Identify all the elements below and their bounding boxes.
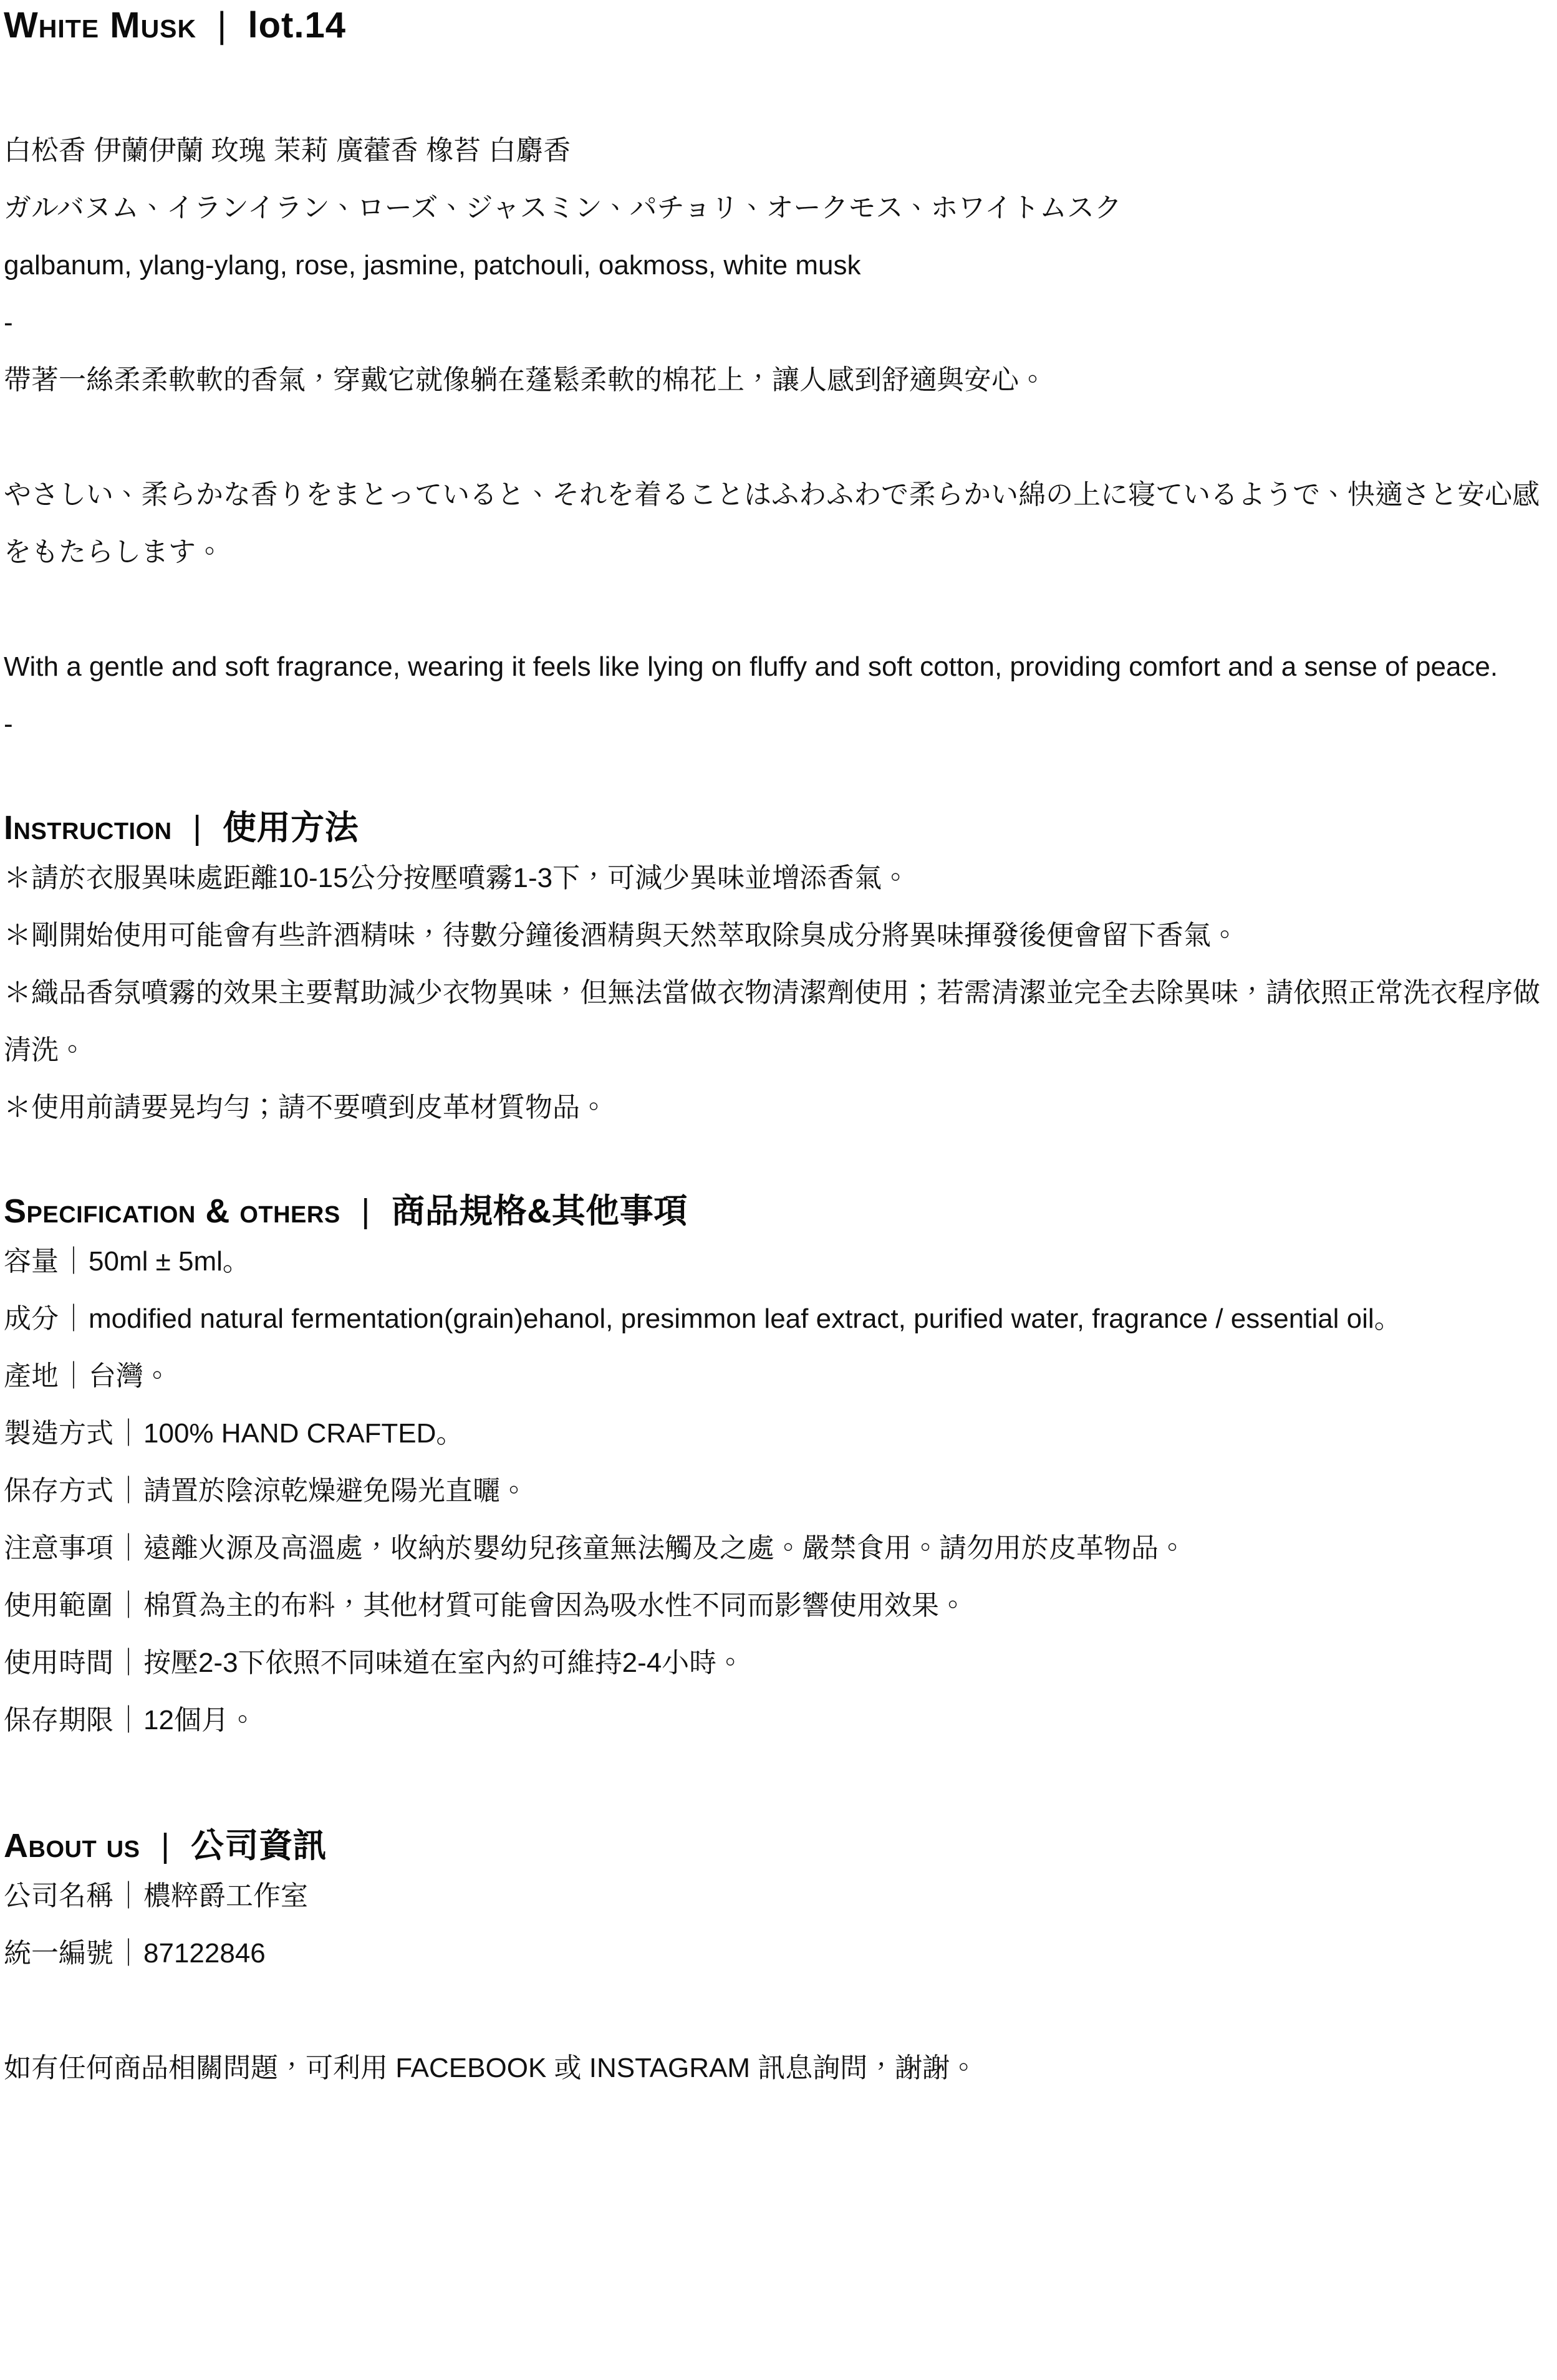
spec-row-capacity: 容量｜50ml ± 5ml。 bbox=[4, 1233, 1553, 1290]
instruction-item: ＊剛開始使用可能會有些許酒精味，待數分鐘後酒精與天然萃取除臭成分將異味揮發後便會… bbox=[4, 907, 1553, 964]
instruction-item: ＊使用前請要晃均勻；請不要噴到皮革材質物品。 bbox=[4, 1079, 1553, 1136]
fragrance-notes: 白松香 伊蘭伊蘭 玫瑰 茉莉 廣藿香 橡苔 白麝香 ガルバヌム、イランイラン、ロ… bbox=[4, 122, 1553, 294]
contact-note: 如有任何商品相關問題，可利用 FACEBOOK 或 INSTAGRAM 訊息詢問… bbox=[4, 2040, 1553, 2097]
page-title: White Musk | lot.14 bbox=[4, 4, 1553, 47]
about-list: 公司名稱｜檂粹爵工作室 統一編號｜87122846 bbox=[4, 1868, 1553, 1982]
spec-row-storage: 保存方式｜請置於陰涼乾燥避免陽光直曬。 bbox=[4, 1462, 1553, 1520]
spec-row-shelf-life: 保存期限｜12個月。 bbox=[4, 1692, 1553, 1749]
fragrance-notes-ja: ガルバヌム、イランイラン、ローズ、ジャスミン、パチョリ、オークモス、ホワイトムス… bbox=[4, 180, 1553, 237]
fragrance-notes-zh: 白松香 伊蘭伊蘭 玫瑰 茉莉 廣藿香 橡苔 白麝香 bbox=[4, 122, 1553, 180]
specification-list: 容量｜50ml ± 5ml。 成分｜modified natural ferme… bbox=[4, 1233, 1553, 1749]
spec-row-origin: 產地｜台灣。 bbox=[4, 1348, 1553, 1405]
about-row-tax-id: 統一編號｜87122846 bbox=[4, 1925, 1553, 1982]
instruction-heading-divider: | bbox=[193, 809, 202, 847]
description-ja: やさしい、柔らかな香りをまとっていると、それを着ることはふわふわで柔らかい綿の上… bbox=[4, 466, 1553, 581]
specification-heading-divider: | bbox=[361, 1192, 370, 1230]
description-zh: 帶著一絲柔柔軟軟的香氣，穿戴它就像躺在蓬鬆柔軟的棉花上，讓人感到舒適與安心。 bbox=[4, 352, 1553, 409]
description-en: With a gentle and soft fragrance, wearin… bbox=[4, 638, 1553, 696]
section-heading-specification: Specification & others | 商品規格&其他事項 bbox=[4, 1189, 1553, 1233]
specification-heading-en: Specification & others bbox=[4, 1192, 340, 1230]
spec-row-duration: 使用時間｜按壓2-3下依照不同味道在室內約可維持2-4小時。 bbox=[4, 1634, 1553, 1692]
spec-row-ingredients: 成分｜modified natural fermentation(grain)e… bbox=[4, 1290, 1553, 1348]
section-heading-instruction: Instruction | 使用方法 bbox=[4, 806, 1553, 850]
page-title-lot-number: lot.14 bbox=[248, 5, 346, 46]
instruction-heading-en: Instruction bbox=[4, 809, 172, 847]
instruction-list: ＊請於衣服異味處距離10-15公分按壓噴霧1-3下，可減少異味並增添香氣。 ＊剛… bbox=[4, 850, 1553, 1136]
instruction-heading-zh: 使用方法 bbox=[223, 809, 359, 847]
page-title-name: White Musk bbox=[4, 5, 196, 46]
fragrance-notes-en: galbanum, ylang-ylang, rose, jasmine, pa… bbox=[4, 237, 1553, 294]
instruction-item: ＊請於衣服異味處距離10-15公分按壓噴霧1-3下，可減少異味並增添香氣。 bbox=[4, 850, 1553, 907]
spec-row-caution: 注意事項｜遠離火源及高溫處，收納於嬰幼兒孩童無法觸及之處。嚴禁食用。請勿用於皮革… bbox=[4, 1520, 1553, 1577]
section-heading-about-us: About us | 公司資訊 bbox=[4, 1824, 1553, 1868]
specification-heading-zh: 商品規格&其他事項 bbox=[391, 1192, 688, 1230]
about-row-company-name: 公司名稱｜檂粹爵工作室 bbox=[4, 1868, 1553, 1925]
spec-row-production: 製造方式｜100% HAND CRAFTED。 bbox=[4, 1405, 1553, 1462]
divider-dash-bottom: - bbox=[4, 696, 1553, 753]
about-heading-zh: 公司資訊 bbox=[191, 1827, 327, 1864]
product-description-document: White Musk | lot.14 白松香 伊蘭伊蘭 玫瑰 茉莉 廣藿香 橡… bbox=[0, 0, 1557, 2265]
divider-dash-top: - bbox=[4, 294, 1553, 352]
bottom-whitespace bbox=[4, 2097, 1553, 2265]
spec-row-applicable-range: 使用範圍｜棉質為主的布料，其他材質可能會因為吸水性不同而影響使用效果。 bbox=[4, 1577, 1553, 1634]
about-heading-divider: | bbox=[161, 1827, 170, 1864]
page-title-divider: | bbox=[217, 5, 227, 46]
instruction-item: ＊織品香氛噴霧的效果主要幫助減少衣物異味，但無法當做衣物清潔劑使用；若需清潔並完… bbox=[4, 964, 1553, 1079]
about-heading-en: About us bbox=[4, 1827, 140, 1864]
